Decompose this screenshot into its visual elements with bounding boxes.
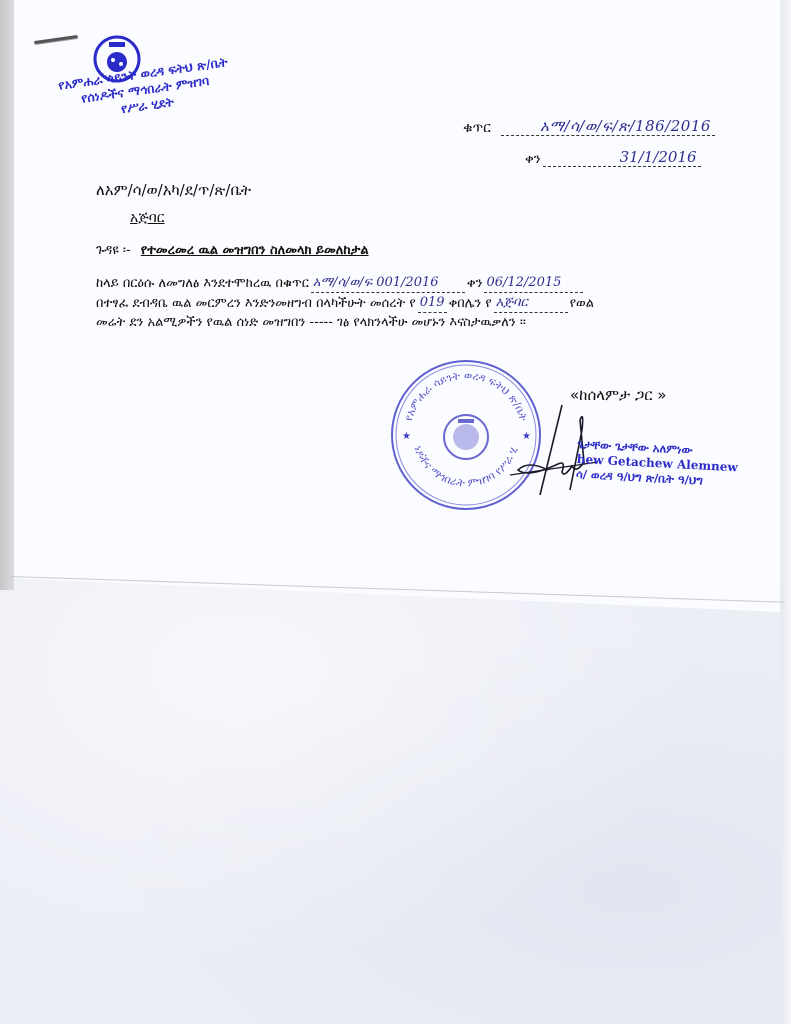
subject-text: የተመረመረ ዉል መዝግበን ስለመላክ ይመለከታል xyxy=(141,243,369,258)
scan-edge-right xyxy=(781,0,791,1024)
salutation: አጅባር xyxy=(130,210,164,226)
svg-text:★: ★ xyxy=(402,431,411,442)
handwritten-date: 06/12/2015 xyxy=(484,273,583,293)
government-seal-icon xyxy=(444,415,488,459)
letter-body: ከላይ በርዕሱ ለመግለፅ እንደተሞከረዉ በቁጥር አማ/ሳ/ወ/ፍ 00… xyxy=(96,273,716,332)
body-line: መሬት ደን አልሚዎችን የዉል ሰነድ መዝግበን ----- ገፅ የላክ… xyxy=(96,313,716,332)
signatory-stamp: ጌታቸው ጌታቸው አለምነው hew Getachew Alemnew ሳ/ … xyxy=(576,437,739,490)
body-text: ቀበሌን የ xyxy=(449,294,492,313)
date-value: 31/1/2016 xyxy=(543,148,701,167)
reference-number: ቁጥር አማ/ሳ/ወ/ፍ/ጽ/186/2016 xyxy=(463,117,715,136)
underlying-page xyxy=(0,580,791,1024)
body-text: በተፃፈ ደብዳቤ ዉል መርምረን እንድንመዘግብ በላካችሁት መሰረት … xyxy=(96,294,416,313)
body-text: የወል xyxy=(570,294,594,313)
handwritten-count: 019 xyxy=(418,293,447,313)
body-line: ከላይ በርዕሱ ለመግለፅ እንደተሞከረዉ በቁጥር አማ/ሳ/ወ/ፍ 00… xyxy=(96,273,716,293)
subject-line: ጉዳዩ ፡- የተመረመረ ዉል መዝግበን ስለመላክ ይመለከታል xyxy=(96,243,369,258)
subject-label: ጉዳዩ ፡- xyxy=(96,243,131,258)
handwritten-kebele: አጅባር xyxy=(494,293,568,313)
reference-label: ቁጥር xyxy=(463,120,491,136)
scan-edge xyxy=(0,0,14,590)
body-line: በተፃፈ ደብዳቤ ዉል መርምረን እንድንመዘግብ በላካችሁት መሰረት … xyxy=(96,293,716,313)
body-text: ቀን xyxy=(467,274,483,293)
date-label: ቀን xyxy=(525,152,541,167)
body-text: መሬት ደን አልሚዎችን የዉል ሰነድ መዝግበን ----- ገፅ የላክ… xyxy=(96,313,526,332)
body-text: ከላይ በርዕሱ ለመግለፅ እንደተሞከረዉ በቁጥር xyxy=(96,274,309,293)
reference-value: አማ/ሳ/ወ/ፍ/ጽ/186/2016 xyxy=(501,117,715,136)
handwritten-reference: አማ/ሳ/ወ/ፍ 001/2016 xyxy=(311,273,465,293)
addressee: ለአም/ሳ/ወ/አካ/ደ/ጥ/ጽ/ቤት xyxy=(96,181,251,199)
letter-date: ቀን 31/1/2016 xyxy=(525,148,701,167)
